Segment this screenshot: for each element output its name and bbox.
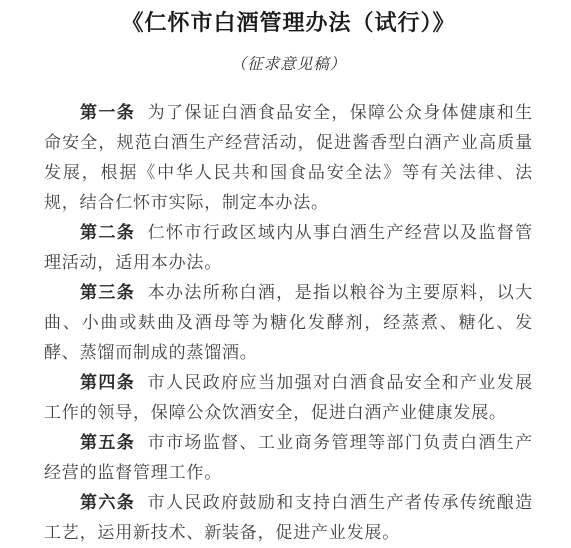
article-1: 第一条 为了保证白酒食品安全，保障公众身体健康和生命安全，规范白酒生产经营活动，… <box>44 98 533 218</box>
article-4: 第四条 市人民政府应当加强对白酒食品安全和产业发展工作的领导，保障公众饮酒安全，… <box>44 368 533 428</box>
article-3-number: 第三条 <box>80 283 135 302</box>
article-3: 第三条 本办法所称白酒，是指以粮谷为主要原料，以大曲、小曲或麸曲及酒母等为糖化发… <box>44 278 533 368</box>
article-4-number: 第四条 <box>80 373 135 392</box>
article-5: 第五条 市市场监督、工业商务管理等部门负责白酒生产经营的监督管理工作。 <box>44 428 533 488</box>
article-2: 第二条 仁怀市行政区域内从事白酒生产经营以及监督管理活动，适用本办法。 <box>44 218 533 278</box>
document-subtitle: （征求意见稿） <box>44 53 533 77</box>
article-2-number: 第二条 <box>80 223 135 242</box>
document-title: 《仁怀市白酒管理办法（试行）》 <box>44 6 533 40</box>
article-6-number: 第六条 <box>80 493 135 512</box>
article-5-number: 第五条 <box>80 433 135 452</box>
document-body: 第一条 为了保证白酒食品安全，保障公众身体健康和生命安全，规范白酒生产经营活动，… <box>44 98 533 548</box>
article-1-number: 第一条 <box>80 103 135 122</box>
document-page: 《仁怀市白酒管理办法（试行）》 （征求意见稿） 第一条 为了保证白酒食品安全，保… <box>0 0 571 548</box>
article-6: 第六条 市人民政府鼓励和支持白酒生产者传承传统酿造工艺，运用新技术、新装备，促进… <box>44 488 533 548</box>
